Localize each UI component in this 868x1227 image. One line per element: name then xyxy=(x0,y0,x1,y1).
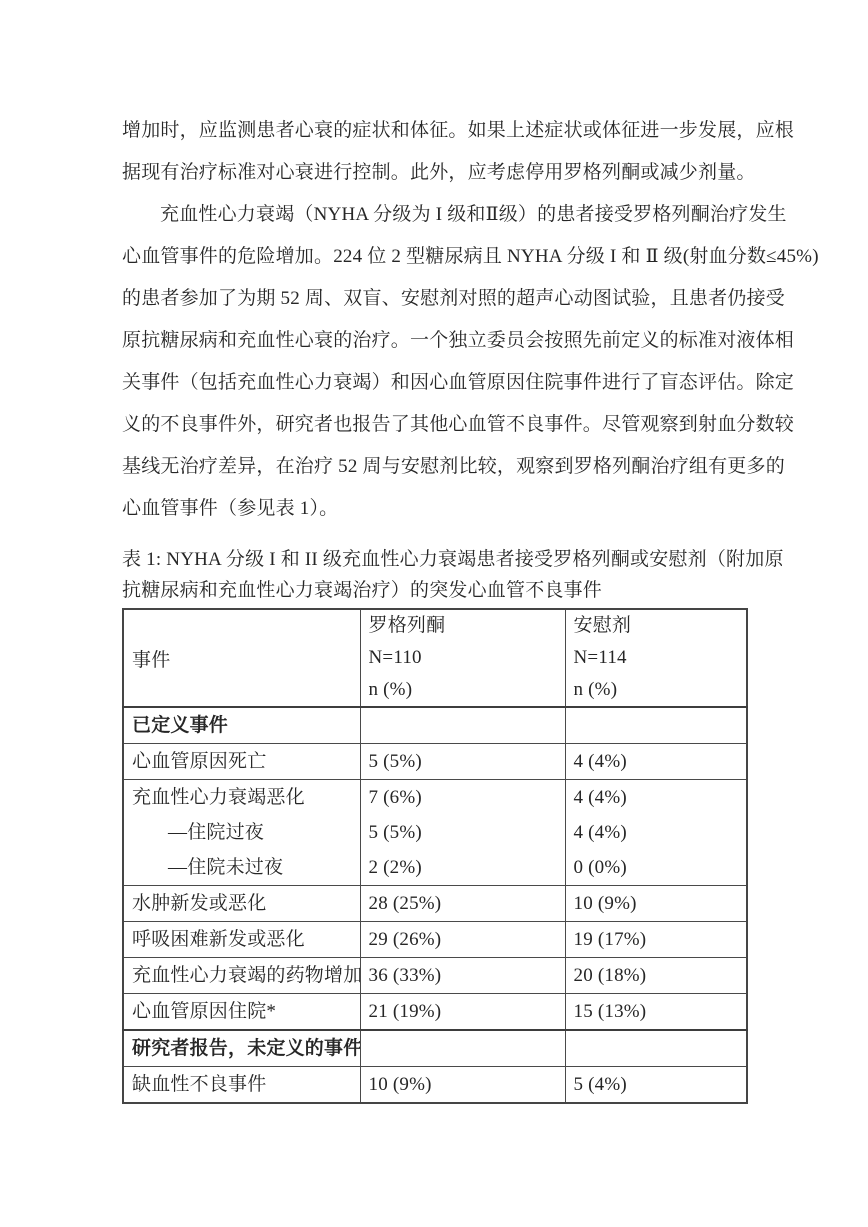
column-header-line: n (%) xyxy=(574,674,739,706)
value-line: 4 (4%) xyxy=(574,780,739,815)
body-text-line: 心血管事件（参见表 1）。 xyxy=(122,488,746,530)
document-page: 增加时，应监测患者心衰的症状和体征。如果上述症状或体征进一步发展，应根 据现有治… xyxy=(0,0,868,1227)
table-row-group-chf-worsening: 充血性心力衰竭恶化 —住院过夜 —住院未过夜 7 (6%) 5 (5%) 2 (… xyxy=(123,780,747,886)
table-row: 心血管原因住院* 21 (19%) 15 (13%) xyxy=(123,994,747,1031)
table-caption-line: 表 1: NYHA 分级 I 和 II 级充血性心力衰竭患者接受罗格列酮或安慰剂… xyxy=(122,544,746,575)
table-caption: 表 1: NYHA 分级 I 和 II 级充血性心力衰竭患者接受罗格列酮或安慰剂… xyxy=(122,544,746,606)
table-row: 充血性心力衰竭的药物增加 36 (33%) 20 (18%) xyxy=(123,958,747,994)
event-column-header: 事件 xyxy=(123,609,360,707)
value-line: 5 (5%) xyxy=(369,815,557,850)
body-text: 增加时，应监测患者心衰的症状和体征。如果上述症状或体征进一步发展，应根 据现有治… xyxy=(122,0,746,530)
empty-cell xyxy=(360,707,565,744)
body-text-line: 基线无治疗差异，在治疗 52 周与安慰剂比较，观察到罗格列酮治疗组有更多的 xyxy=(122,446,746,488)
column-header-line: n (%) xyxy=(369,674,557,706)
placebo-value-cell: 4 (4%) xyxy=(565,744,747,780)
event-label-cell: 呼吸困难新发或恶化 xyxy=(123,922,360,958)
table-row: 心血管原因死亡 5 (5%) 4 (4%) xyxy=(123,744,747,780)
event-label-cell: 水肿新发或恶化 xyxy=(123,886,360,922)
placebo-value-cell: 4 (4%) 4 (4%) 0 (0%) xyxy=(565,780,747,886)
placebo-value-cell: 10 (9%) xyxy=(565,886,747,922)
section-row: 研究者报告，未定义的事件 xyxy=(123,1030,747,1067)
table-row: 呼吸困难新发或恶化 29 (26%) 19 (17%) xyxy=(123,922,747,958)
empty-cell xyxy=(565,1030,747,1067)
value-line: 0 (0%) xyxy=(574,850,739,885)
rosiglitazone-value-cell: 21 (19%) xyxy=(360,994,565,1031)
body-text-line: 原抗糖尿病和充血性心衰的治疗。一个独立委员会按照先前定义的标准对液体相 xyxy=(122,320,746,362)
placebo-value-cell: 5 (4%) xyxy=(565,1067,747,1104)
event-label-cell: 充血性心力衰竭恶化 —住院过夜 —住院未过夜 xyxy=(123,780,360,886)
empty-cell xyxy=(565,707,747,744)
placebo-value-cell: 19 (17%) xyxy=(565,922,747,958)
column-header-line: 安慰剂 xyxy=(574,610,739,642)
table-row: 缺血性不良事件 10 (9%) 5 (4%) xyxy=(123,1067,747,1104)
header-row: 事件 罗格列酮 N=110 n (%) 安慰剂 N=114 n (%) xyxy=(123,609,747,707)
column-header-line: N=114 xyxy=(574,642,739,674)
event-label-cell: 充血性心力衰竭的药物增加 xyxy=(123,958,360,994)
value-line: 4 (4%) xyxy=(574,815,739,850)
value-line: 2 (2%) xyxy=(369,850,557,885)
event-label-cell: 缺血性不良事件 xyxy=(123,1067,360,1104)
section-label-cell: 研究者报告，未定义的事件 xyxy=(123,1030,360,1067)
rosiglitazone-column-header: 罗格列酮 N=110 n (%) xyxy=(360,609,565,707)
body-text-line: 充血性心力衰竭（NYHA 分级为 I 级和Ⅱ级）的患者接受罗格列酮治疗发生 xyxy=(122,194,746,236)
rosiglitazone-value-cell: 36 (33%) xyxy=(360,958,565,994)
column-header-line: N=110 xyxy=(369,642,557,674)
event-label-cell: 心血管原因住院* xyxy=(123,994,360,1031)
placebo-column-header: 安慰剂 N=114 n (%) xyxy=(565,609,747,707)
column-header-line: 罗格列酮 xyxy=(369,610,557,642)
event-label-cell: 心血管原因死亡 xyxy=(123,744,360,780)
placebo-value-cell: 15 (13%) xyxy=(565,994,747,1031)
event-sublabel-line: —住院过夜 xyxy=(132,815,352,850)
value-line: 7 (6%) xyxy=(369,780,557,815)
section-row: 已定义事件 xyxy=(123,707,747,744)
section-label-cell: 已定义事件 xyxy=(123,707,360,744)
placebo-value-cell: 20 (18%) xyxy=(565,958,747,994)
body-text-line: 义的不良事件外，研究者也报告了其他心血管不良事件。尽管观察到射血分数较 xyxy=(122,404,746,446)
table-row: 水肿新发或恶化 28 (25%) 10 (9%) xyxy=(123,886,747,922)
table-caption-line: 抗糖尿病和充血性心力衰竭治疗）的突发心血管不良事件 xyxy=(122,575,746,606)
event-label-line: 充血性心力衰竭恶化 xyxy=(132,780,352,815)
body-text-line: 的患者参加了为期 52 周、双盲、安慰剂对照的超声心动图试验，且患者仍接受 xyxy=(122,278,746,320)
adverse-events-table: 事件 罗格列酮 N=110 n (%) 安慰剂 N=114 n (%) 已定义事… xyxy=(122,608,748,1104)
body-text-line: 心血管事件的危险增加。224 位 2 型糖尿病且 NYHA 分级 I 和 Ⅱ 级… xyxy=(122,236,746,278)
event-sublabel-line: —住院未过夜 xyxy=(132,850,352,885)
body-text-line: 据现有治疗标准对心衰进行控制。此外，应考虑停用罗格列酮或减少剂量。 xyxy=(122,152,746,194)
rosiglitazone-value-cell: 28 (25%) xyxy=(360,886,565,922)
rosiglitazone-value-cell: 7 (6%) 5 (5%) 2 (2%) xyxy=(360,780,565,886)
empty-cell xyxy=(360,1030,565,1067)
rosiglitazone-value-cell: 5 (5%) xyxy=(360,744,565,780)
page-content: 增加时，应监测患者心衰的症状和体征。如果上述症状或体征进一步发展，应根 据现有治… xyxy=(122,0,746,1104)
rosiglitazone-value-cell: 29 (26%) xyxy=(360,922,565,958)
rosiglitazone-value-cell: 10 (9%) xyxy=(360,1067,565,1104)
body-text-line: 增加时，应监测患者心衰的症状和体征。如果上述症状或体征进一步发展，应根 xyxy=(122,110,746,152)
body-text-line: 关事件（包括充血性心力衰竭）和因心血管原因住院事件进行了盲态评估。除定 xyxy=(122,362,746,404)
